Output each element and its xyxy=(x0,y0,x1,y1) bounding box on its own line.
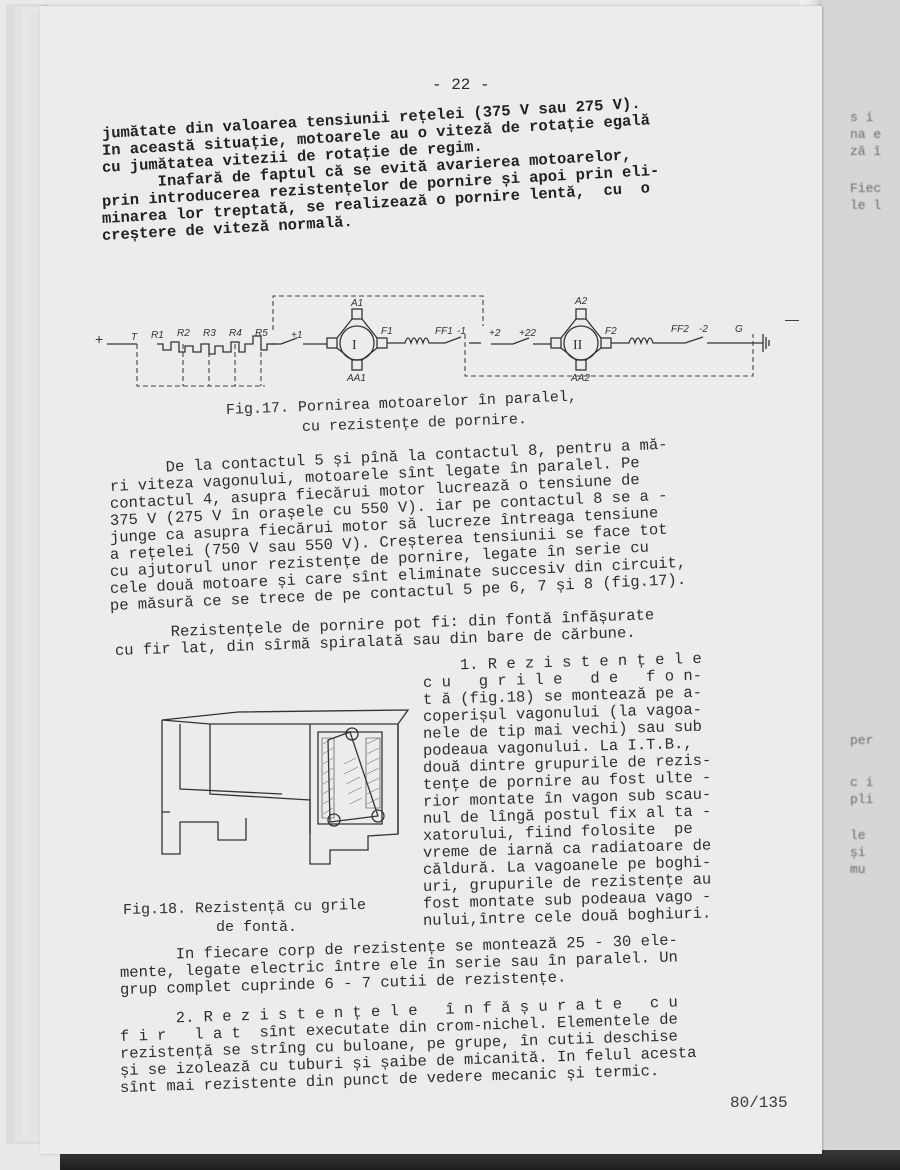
caption-line: Fig.18. Rezistență cu grile xyxy=(123,897,366,919)
next-page-text: na e xyxy=(850,127,881,142)
next-page-text: le l xyxy=(850,198,881,213)
next-page-text: pli xyxy=(850,792,873,807)
fig18-resistor-drawing xyxy=(158,704,428,864)
next-page-text: și xyxy=(850,845,866,860)
FF1-label: FF1 xyxy=(435,326,453,337)
R4-label: R4 xyxy=(229,328,242,339)
motor-1-label: I xyxy=(352,338,357,353)
A1-label: A1 xyxy=(350,298,363,309)
R1-label: R1 xyxy=(151,330,164,341)
AA1-label: AA1 xyxy=(346,373,366,384)
plus-terminal-label: + xyxy=(95,331,103,347)
caption-line: de fontă. xyxy=(216,919,297,936)
AA2-label: AA2 xyxy=(570,373,590,384)
fig17-circuit-diagram: I II + T R1 R2 R3 R4 R5 +1 A1 AA1 F1 FF1… xyxy=(95,284,795,394)
contact-plus1-label: +1 xyxy=(291,330,302,341)
caption-line: cu rezistențe de pornire. xyxy=(302,411,528,436)
next-page-text: mu xyxy=(850,862,866,877)
contact-plus2-label: +2 xyxy=(489,328,501,339)
contact-minus2-label: -2 xyxy=(699,324,708,335)
contact-plus22-label: +22 xyxy=(519,328,536,339)
motor-2-label: II xyxy=(573,338,583,353)
next-page-text: Fiec xyxy=(850,181,881,196)
next-page-text: le xyxy=(850,828,866,843)
page-footer-number: 80/135 xyxy=(730,1094,788,1112)
next-page-text: s i xyxy=(850,110,873,125)
next-page-text: per xyxy=(850,733,873,748)
R3-label: R3 xyxy=(203,328,216,339)
R2-label: R2 xyxy=(177,328,190,339)
document-page: - 22 - jumătate din valoarea tensiunii r… xyxy=(40,6,822,1154)
contact-minus1-label: -1 xyxy=(457,326,466,337)
page-header-number: - 22 - xyxy=(432,76,490,94)
F1-label: F1 xyxy=(381,326,393,337)
FF2-label: FF2 xyxy=(671,324,689,335)
minus-terminal-label: — xyxy=(785,311,799,327)
F2-label: F2 xyxy=(605,326,617,337)
next-page-text: ză î xyxy=(850,144,881,159)
R5-label: R5 xyxy=(255,328,268,339)
terminal-T-label: T xyxy=(131,332,138,343)
next-page-text: c i xyxy=(850,775,873,790)
A2-label: A2 xyxy=(574,296,588,307)
ground-G-label: G xyxy=(735,324,743,335)
